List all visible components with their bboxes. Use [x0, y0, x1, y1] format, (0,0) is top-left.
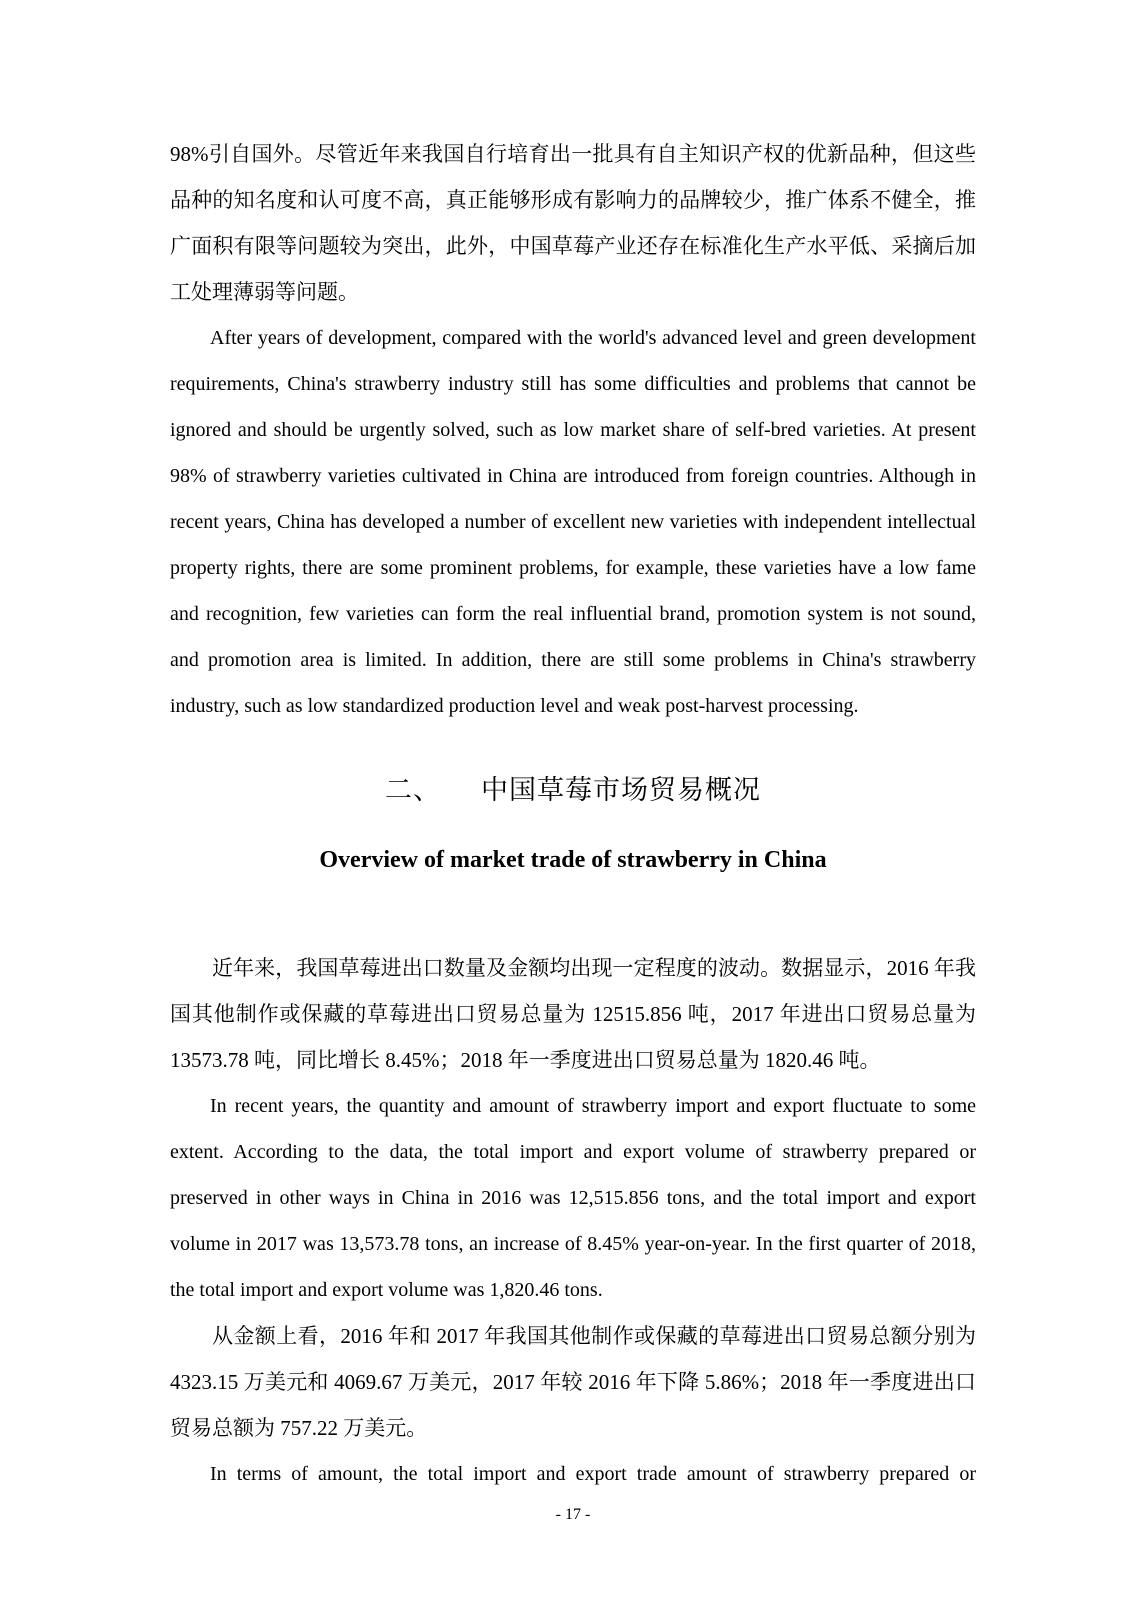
- section-heading-zh: 二、中国草莓市场贸易概况: [170, 763, 976, 817]
- paragraph-en-trade-volume: In recent years, the quantity and amount…: [170, 1083, 976, 1313]
- section-number: 二、: [385, 763, 441, 817]
- section-title-zh: 中国草莓市场贸易概况: [481, 775, 761, 805]
- paragraph-en-development-problems: After years of development, compared wit…: [170, 315, 976, 729]
- paragraph-zh-trade-amount: 从金额上看，2016 年和 2017 年我国其他制作或保藏的草莓进出口贸易总额分…: [170, 1313, 976, 1451]
- page-content: 98%引自国外。尽管近年来我国自行培育出一批具有自主知识产权的优新品种，但这些品…: [170, 0, 976, 1527]
- paragraph-zh-varieties-continuation: 98%引自国外。尽管近年来我国自行培育出一批具有自主知识产权的优新品种，但这些品…: [170, 131, 976, 315]
- paragraph-zh-trade-volume: 近年来，我国草莓进出口数量及金额均出现一定程度的波动。数据显示，2016 年我国…: [170, 945, 976, 1083]
- page-number-footer: - 17 -: [170, 1503, 976, 1527]
- section-heading-en: Overview of market trade of strawberry i…: [170, 839, 976, 881]
- paragraph-en-trade-amount-partial: In terms of amount, the total import and…: [170, 1451, 976, 1497]
- document-page: 98%引自国外。尽管近年来我国自行培育出一批具有自主知识产权的优新品种，但这些品…: [0, 0, 1131, 1600]
